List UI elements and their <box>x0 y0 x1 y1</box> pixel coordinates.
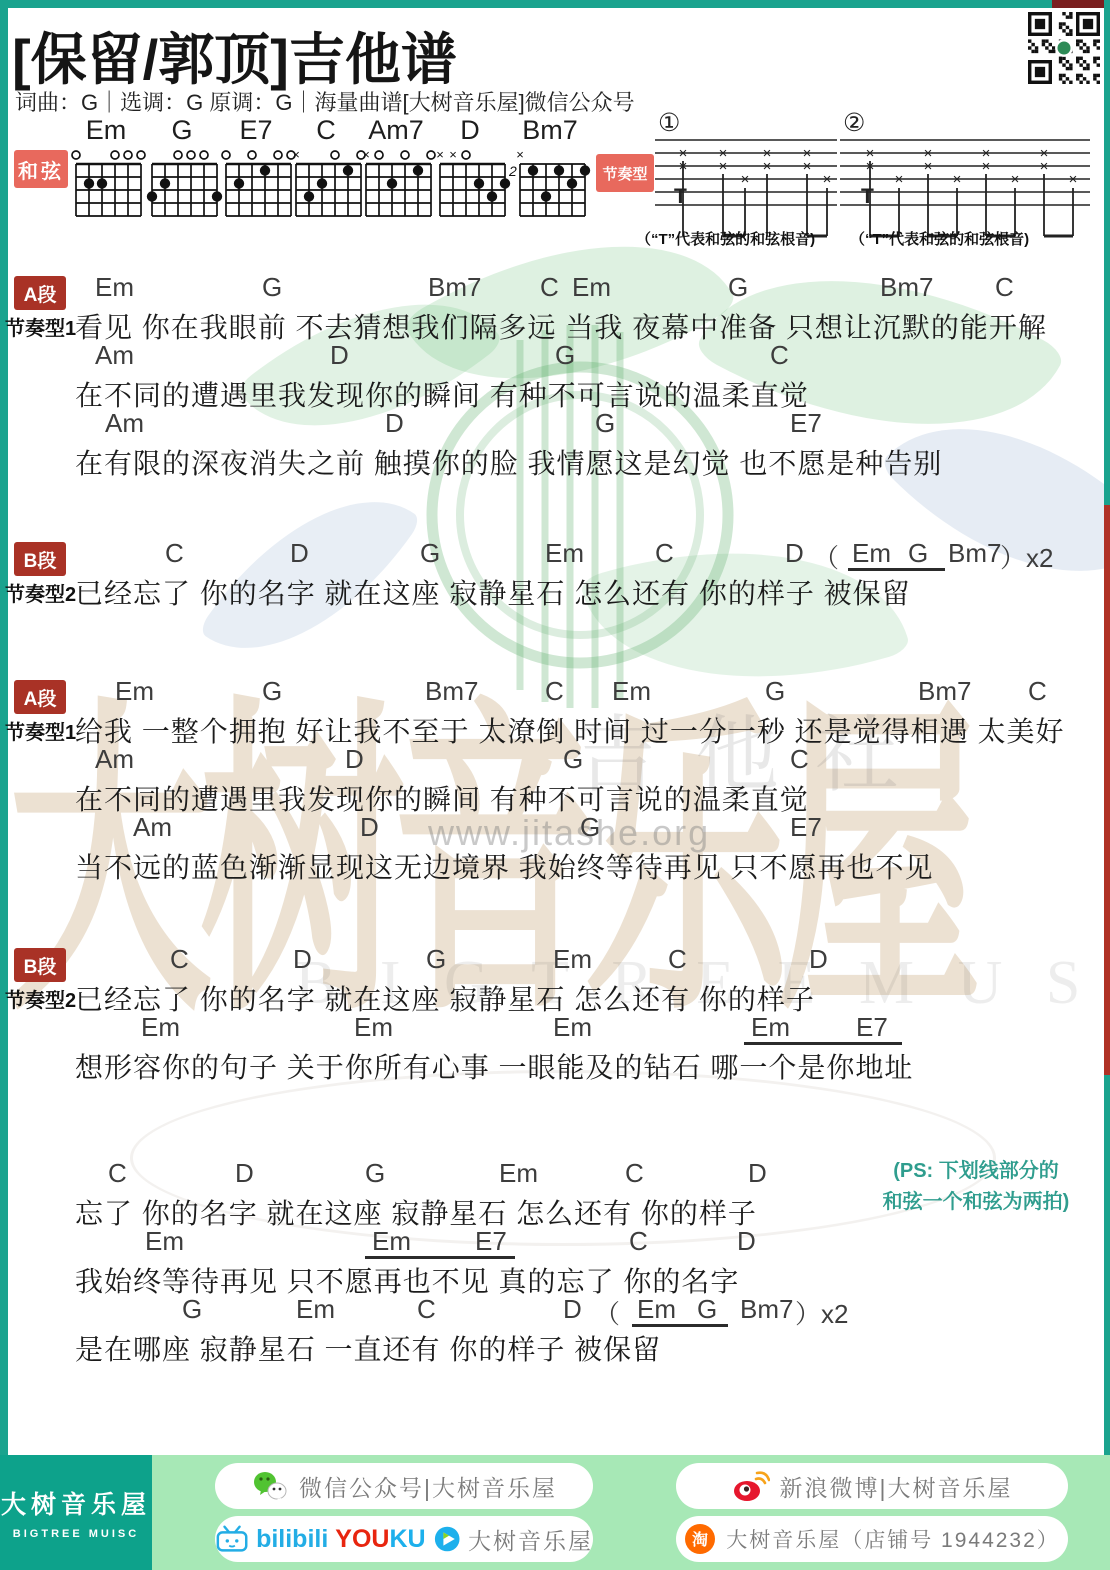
chord-token: D <box>360 812 379 843</box>
chord-row: EmEmE7CD <box>0 1226 1110 1260</box>
chord-token: Em <box>115 676 154 707</box>
svg-text:×: × <box>1011 171 1020 188</box>
chord-name: Am7 <box>354 114 438 146</box>
lyric-line: 是在哪座 寂静星石 一直还有 你的样子 被保留 <box>75 1328 661 1368</box>
chord-token: G <box>728 272 748 303</box>
chord-token: C <box>655 538 674 569</box>
chord-token: （ <box>594 1294 620 1331</box>
chord-row: EmEmEmEmE7 <box>0 1012 1110 1046</box>
chord-token: D <box>385 408 404 439</box>
chord-token: Em <box>499 1158 538 1189</box>
chord-row: CDGEmCD <box>0 944 1110 978</box>
chord-token: ）x2 <box>795 1294 848 1331</box>
chord-token: C <box>629 1226 648 1257</box>
chord-token: G <box>420 538 440 569</box>
chord-underline <box>632 1294 728 1327</box>
chord-token: （ <box>813 538 839 575</box>
chord-token: Em <box>553 1012 592 1043</box>
chord-token: D <box>330 340 349 371</box>
chord-row: GEmCD（EmGBm7）x2 <box>0 1294 1110 1328</box>
pattern-2-caption: （“T”代表和弦的和弦根音) <box>850 228 1029 249</box>
page-subtitle: 词曲：G｜选调：G 原调：G｜海量曲谱[大树音乐屋]微信公众号 <box>15 86 635 117</box>
chord-name: D <box>428 114 512 146</box>
chord-token: C <box>995 272 1014 303</box>
chord-token: G <box>365 1158 385 1189</box>
chord-token: Em <box>572 272 611 303</box>
chord-token: D <box>563 1294 582 1325</box>
wechat-pill-label: 微信公众号|大树音乐屋 <box>299 1470 557 1503</box>
chord-token: C <box>1028 676 1047 707</box>
chord-diagram: D×× <box>428 114 512 227</box>
chord-token: Bm7 <box>425 676 478 707</box>
chord-row: EmGBm7CEmGBm7C <box>0 676 1110 710</box>
svg-text:2: 2 <box>508 163 517 179</box>
footer-brand-english: BIGTREE MUISC <box>13 1528 139 1540</box>
chord-token: G <box>580 812 600 843</box>
svg-text:×: × <box>895 171 904 188</box>
wechat-pill[interactable]: 微信公众号|大树音乐屋 <box>215 1463 593 1509</box>
rhythm-type-label: 节奏型2 <box>5 578 76 607</box>
rhythm-tag: 节奏型 <box>596 154 654 192</box>
lyric-line: 在有限的深夜消失之前 触摸你的脸 我情愿这是幻觉 也不愿是种告别 <box>75 442 942 482</box>
chord-token: Am <box>95 340 134 371</box>
svg-text:×: × <box>763 158 772 175</box>
chord-token: ）x2 <box>1000 538 1053 575</box>
chord-token: Am <box>133 812 172 843</box>
svg-text:淘: 淘 <box>692 1530 708 1549</box>
video-platforms-pill[interactable]: bilibili YOUKU 大树音乐屋 <box>215 1516 593 1562</box>
chord-row: AmDGE7 <box>0 408 1110 442</box>
chord-token: D <box>809 944 828 975</box>
chord-token: Em <box>553 944 592 975</box>
chord-token: E7 <box>790 812 822 843</box>
chord-token: C <box>165 538 184 569</box>
chord-token: Bm7 <box>428 272 481 303</box>
taobao-pill[interactable]: 淘 大树音乐屋（店铺号 1944232） <box>676 1516 1068 1562</box>
chord-token: D <box>737 1226 756 1257</box>
rhythm-type-label: 节奏型1 <box>5 312 76 341</box>
ps-note: (PS: 下划线部分的 和弦一个和弦为两拍) <box>856 1156 1096 1218</box>
taobao-pill-label: 大树音乐屋（店铺号 1944232） <box>726 1524 1060 1554</box>
chord-token: Em <box>141 1012 180 1043</box>
footer-brand-name: 大树音乐屋 <box>1 1485 151 1521</box>
chord-token: Bm7 <box>880 272 933 303</box>
chord-token: D <box>785 538 804 569</box>
weibo-pill-label: 新浪微博|大树音乐屋 <box>780 1470 1013 1503</box>
chord-token: C <box>770 340 789 371</box>
top-border <box>0 0 1110 8</box>
chord-token: G <box>563 744 583 775</box>
svg-text:×: × <box>823 171 832 188</box>
chord-grid <box>140 146 224 222</box>
chord-token: D <box>235 1158 254 1189</box>
svg-text:×: × <box>362 147 370 162</box>
lyric-line: 想形容你的句子 关于你所有心事 一眼能及的钻石 哪一个是你地址 <box>75 1046 913 1086</box>
chord-row: AmDGC <box>0 744 1110 778</box>
wechat-icon <box>251 1469 289 1503</box>
chord-token: D <box>345 744 364 775</box>
chord-token: Bm7 <box>948 538 1001 569</box>
chord-diagram: G <box>140 114 224 227</box>
chord-grid: ×2 <box>508 146 592 222</box>
pattern-1-caption: （“T”代表和弦的和弦根音) <box>636 228 815 249</box>
leaf-shape <box>879 359 1110 642</box>
lyric-line: 当不远的蓝色渐渐显现这无边境界 我始终等待再见 只不愿再也不见 <box>75 846 934 886</box>
svg-text:×: × <box>516 147 524 162</box>
chord-token: D <box>748 1158 767 1189</box>
chord-token: Am <box>95 744 134 775</box>
chord-name: Bm7 <box>508 114 592 146</box>
chord-underline <box>365 1226 515 1259</box>
svg-text:×: × <box>982 158 991 175</box>
chord-token: Bm7 <box>918 676 971 707</box>
chord-token: C <box>540 272 559 303</box>
chord-token: C <box>625 1158 644 1189</box>
pattern-2-number: ② <box>843 108 865 138</box>
top-border-red-segment <box>1052 0 1110 8</box>
ps-note-line: 和弦一个和弦为两拍) <box>856 1187 1096 1218</box>
chord-token: Em <box>612 676 651 707</box>
svg-text:×: × <box>953 171 962 188</box>
chord-underline <box>744 1012 902 1045</box>
chords-tag: 和弦 <box>14 150 68 188</box>
chord-token: Em <box>296 1294 335 1325</box>
chord-token: Am <box>105 408 144 439</box>
chord-token: G <box>595 408 615 439</box>
chord-token: D <box>290 538 309 569</box>
chord-row: EmGBm7CEmGBm7C <box>0 272 1110 306</box>
chord-token: Bm7 <box>740 1294 793 1325</box>
svg-text:×: × <box>741 171 750 188</box>
chord-token: C <box>108 1158 127 1189</box>
chord-token: Em <box>354 1012 393 1043</box>
chord-token: G <box>182 1294 202 1325</box>
chord-name: G <box>140 114 224 146</box>
chord-token: G <box>262 676 282 707</box>
footer-brand-block: 大树音乐屋 BIGTREE MUISC <box>0 1455 152 1570</box>
qr-code <box>1028 12 1100 89</box>
svg-text:×: × <box>719 158 728 175</box>
lyric-line: 已经忘了 你的名字 就在这座 寂静星石 怎么还有 你的样子 被保留 <box>75 572 911 612</box>
bilibili-wordmark: bilibili <box>256 1525 328 1554</box>
chord-name: Em <box>64 114 148 146</box>
chord-token: Em <box>545 538 584 569</box>
chord-token: Em <box>145 1226 184 1257</box>
chord-underline <box>848 538 945 571</box>
weibo-pill[interactable]: 新浪微博|大树音乐屋 <box>676 1463 1068 1509</box>
chord-token: G <box>262 272 282 303</box>
chord-diagram: Bm7×2 <box>508 114 592 227</box>
svg-text:×: × <box>449 147 457 162</box>
svg-text:T: T <box>861 185 874 208</box>
svg-text:T: T <box>674 185 687 208</box>
rhythm-type-label: 节奏型2 <box>5 984 76 1013</box>
chord-token: C <box>170 944 189 975</box>
chord-token: C <box>668 944 687 975</box>
chord-grid: × <box>354 146 438 222</box>
chord-token: G <box>765 676 785 707</box>
chord-grid: ×× <box>428 146 512 222</box>
rhythm-type-label: 节奏型1 <box>5 716 76 745</box>
bilibili-icon <box>215 1524 249 1554</box>
svg-text:×: × <box>1069 171 1078 188</box>
chord-row: CDGEmCD（EmGBm7）x2 <box>0 538 1110 572</box>
page-title: [保留/郭顶]吉他谱 <box>12 16 457 96</box>
svg-text:×: × <box>1040 158 1049 175</box>
chord-token: G <box>426 944 446 975</box>
chord-token: E7 <box>790 408 822 439</box>
right-border-red-segment <box>1104 505 1110 1075</box>
chord-token: G <box>555 340 575 371</box>
chord-token: D <box>293 944 312 975</box>
svg-text:×: × <box>924 158 933 175</box>
chord-token: C <box>790 744 809 775</box>
chord-diagram: Am7× <box>354 114 438 227</box>
chord-grid <box>64 146 148 222</box>
svg-text:×: × <box>803 158 812 175</box>
youku-wordmark: YOUKU <box>335 1525 425 1554</box>
chord-token: C <box>417 1294 436 1325</box>
svg-text:×: × <box>436 147 444 162</box>
taobao-icon: 淘 <box>684 1523 716 1555</box>
chord-token: C <box>545 676 564 707</box>
chord-token: Em <box>95 272 134 303</box>
chord-row: AmDGE7 <box>0 812 1110 846</box>
video-pill-label: 大树音乐屋 <box>468 1523 593 1556</box>
pattern-1-number: ① <box>658 108 680 138</box>
svg-text:×: × <box>292 147 300 162</box>
guitar-tab-sheet: 大树音乐屋 吉他社 www.jitashe.org B I G T R E E … <box>0 0 1110 1570</box>
chord-diagram: Em <box>64 114 148 227</box>
chord-row: AmDGC <box>0 340 1110 374</box>
weibo-icon <box>732 1469 770 1503</box>
footer: 大树音乐屋 BIGTREE MUISC 微信公众号|大树音乐屋 <box>0 1455 1110 1570</box>
ps-note-line: (PS: 下划线部分的 <box>856 1156 1096 1187</box>
youku-play-icon <box>433 1524 461 1554</box>
